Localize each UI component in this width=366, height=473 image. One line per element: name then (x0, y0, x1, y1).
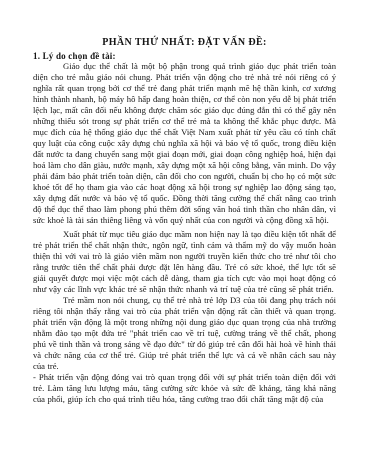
paragraph-intro: Giáo dục thể chất là một bộ phận trong q… (33, 61, 336, 226)
paragraph-class-role: Trẻ mầm non nói chung, cụ thể trẻ nhà tr… (33, 295, 336, 372)
paragraph-bullet-benefits: - Phát triển vận động đóng vai trò quan … (33, 372, 336, 405)
section-heading: 1. Lý do chọn đề tài: (33, 51, 336, 61)
page-title: PHẦN THỨ NHẤT: ĐẶT VẤN ĐỀ: (33, 37, 336, 48)
paragraph-goal: Xuất phát từ mục tiêu giáo dục mầm non h… (33, 229, 336, 295)
document-page: PHẦN THỨ NHẤT: ĐẶT VẤN ĐỀ: 1. Lý do chọn… (0, 0, 366, 473)
